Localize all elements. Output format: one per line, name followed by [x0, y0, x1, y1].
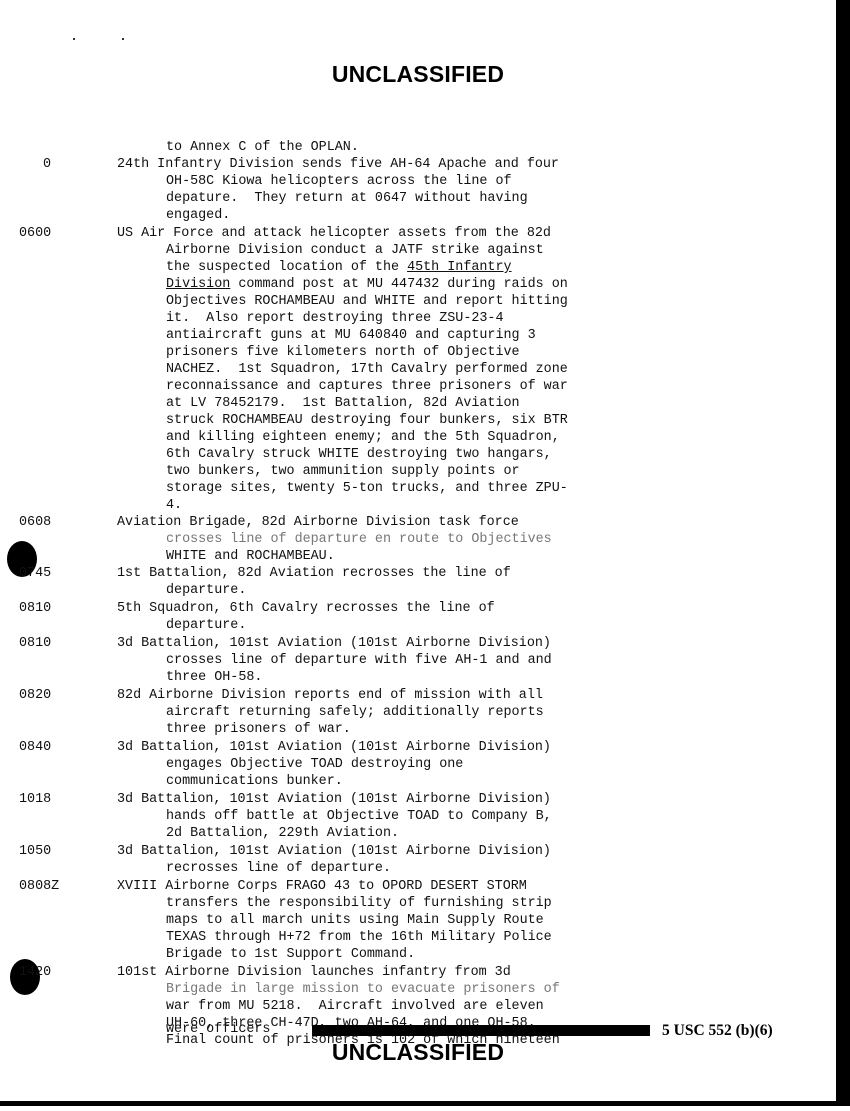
entry-line: 6th Cavalry struck WHITE destroying two … [166, 447, 552, 464]
entry-line: transfers the responsibility of furnishi… [166, 896, 552, 913]
entry-time: 0808Z [19, 879, 59, 896]
entry-time: 1050 [19, 844, 51, 861]
redaction-exemption-label: 5 USC 552 (b)(6) [662, 1022, 773, 1040]
entry-time: 0745 [19, 566, 51, 583]
scan-border-bottom [0, 1101, 850, 1106]
entry-time: 0810 [19, 601, 51, 618]
entry-line: war from MU 5218. Aircraft involved are … [166, 999, 544, 1016]
entry-line: 3d Battalion, 101st Aviation (101st Airb… [117, 740, 551, 757]
entry-time: 0 [43, 157, 51, 174]
entry-line: prisoners five kilometers north of Objec… [166, 345, 520, 362]
entry-line: recrosses line of departure. [166, 861, 391, 878]
underlined-unit-name: Division [166, 277, 230, 292]
entry-line: Aviation Brigade, 82d Airborne Division … [117, 515, 519, 532]
entry-line: Brigade in large mission to evacuate pri… [166, 982, 560, 999]
entry-line: 2d Battalion, 229th Aviation. [166, 826, 399, 843]
entry-line: WHITE and ROCHAMBEAU. [166, 549, 335, 566]
entry-line: 1st Battalion, 82d Aviation recrosses th… [117, 566, 511, 583]
scan-speck [122, 38, 124, 40]
entry-line: departure. [166, 583, 246, 600]
entry-line: XVIII Airborne Corps FRAGO 43 to OPORD D… [117, 879, 527, 896]
entry-line: it. Also report destroying three ZSU-23-… [166, 311, 504, 328]
entry-line: OH-58C Kiowa helicopters across the line… [166, 174, 512, 191]
entry-time: 0820 [19, 688, 51, 705]
entry-line: 82d Airborne Division reports end of mis… [117, 688, 543, 705]
entry-time: 1018 [19, 792, 51, 809]
entry-line: and killing eighteen enemy; and the 5th … [166, 430, 560, 447]
scan-speck [73, 38, 75, 40]
entry-time: 0608 [19, 515, 51, 532]
entry-line: storage sites, twenty 5-ton trucks, and … [166, 481, 568, 498]
entry-line: Airborne Division conduct a JATF strike … [166, 243, 544, 260]
entry-line: departure. [166, 618, 246, 635]
entry-line: were officers [166, 1022, 270, 1037]
entry-time: 1420 [19, 965, 51, 982]
entry-line: the suspected location of the 45th Infan… [166, 260, 512, 277]
entry-line: two bunkers, two ammunition supply point… [166, 464, 520, 481]
underlined-unit-name: 45th Infantry [407, 260, 511, 275]
entry-line: aircraft returning safely; additionally … [166, 705, 544, 722]
entry-line: 3d Battalion, 101st Aviation (101st Airb… [117, 792, 551, 809]
entry-line-text: the suspected location of the [166, 260, 407, 275]
entry-line: engages Objective TOAD destroying one [166, 757, 463, 774]
entry-line: Objectives ROCHAMBEAU and WHITE and repo… [166, 294, 568, 311]
entry-line: depature. They return at 0647 without ha… [166, 191, 528, 208]
classification-footer: UNCLASSIFIED [0, 1039, 836, 1066]
entry-line: struck ROCHAMBEAU destroying four bunker… [166, 413, 568, 430]
entry-line: 5th Squadron, 6th Cavalry recrosses the … [117, 601, 495, 618]
entry-line: crosses line of departure with five AH-1… [166, 653, 552, 670]
entry-line: reconnaissance and captures three prison… [166, 379, 568, 396]
document-page: UNCLASSIFIED to Annex C of the OPLAN. 0 … [0, 0, 850, 1111]
entry-line: communications bunker. [166, 774, 343, 791]
entry-line: Brigade to 1st Support Command. [166, 947, 415, 964]
entry-line: maps to all march units using Main Suppl… [166, 913, 544, 930]
entry-line: 3d Battalion, 101st Aviation (101st Airb… [117, 636, 551, 653]
entry-line: TEXAS through H+72 from the 16th Militar… [166, 930, 552, 947]
entry-line: three OH-58. [166, 670, 262, 687]
entry-line: NACHEZ. 1st Squadron, 17th Cavalry perfo… [166, 362, 568, 379]
entry-line: hands off battle at Objective TOAD to Co… [166, 809, 552, 826]
entry-line: antiaircraft guns at MU 640840 and captu… [166, 328, 536, 345]
entry-line: at LV 78452179. 1st Battalion, 82d Aviat… [166, 396, 520, 413]
entry-line: 24th Infantry Division sends five AH-64 … [117, 157, 559, 174]
entry-line: US Air Force and attack helicopter asset… [117, 226, 551, 243]
entry-line: Division command post at MU 447432 durin… [166, 277, 568, 294]
entry-time: 0810 [19, 636, 51, 653]
continuation-line: to Annex C of the OPLAN. [166, 140, 359, 157]
entry-line: crosses line of departure en route to Ob… [166, 532, 552, 549]
entry-line: three prisoners of war. [166, 722, 351, 739]
entry-line: 101st Airborne Division launches infantr… [117, 965, 511, 982]
entry-time: 0600 [19, 226, 51, 243]
entry-line: 4. [166, 498, 182, 515]
redaction-bar [312, 1025, 650, 1036]
entry-line: 3d Battalion, 101st Aviation (101st Airb… [117, 844, 551, 861]
classification-header: UNCLASSIFIED [0, 61, 836, 88]
entry-time: 0840 [19, 740, 51, 757]
entry-line-text: command post at MU 447432 during raids o… [230, 277, 568, 292]
scan-border-right [836, 0, 850, 1106]
entry-line: engaged. [166, 208, 230, 225]
